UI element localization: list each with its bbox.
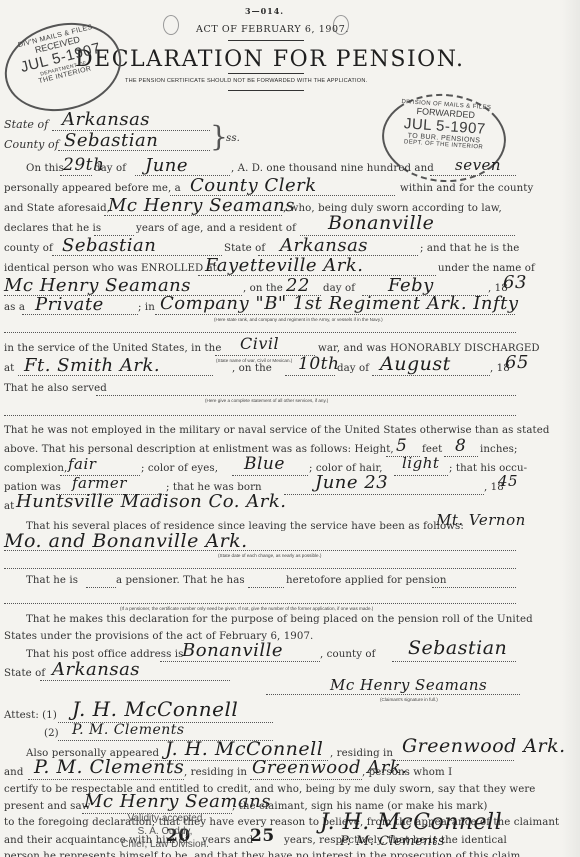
represents-text: person he represents himself to be, and … — [4, 851, 524, 857]
po-state-label: State of — [4, 668, 45, 679]
company-line-2 — [4, 332, 516, 333]
born-line — [284, 494, 484, 495]
rank-hint: (Here state rank, and company and regime… — [214, 317, 383, 322]
day-of-label: day of — [94, 163, 126, 174]
complexion-value: fair — [68, 455, 96, 473]
identical-label: ; and that he is the — [420, 243, 519, 254]
discharge-place-value: Ft. Smith Ark. — [24, 355, 160, 376]
years-age-label: years of age, and a resident of — [136, 223, 296, 234]
divider — [228, 40, 304, 41]
claimant-signature-line — [266, 694, 520, 695]
rank-value: Private — [35, 294, 104, 315]
validity-line-3: Chief, Law Division. — [105, 838, 225, 851]
complexion-label: complexion, — [4, 463, 67, 474]
pensioner-line-3 — [432, 587, 516, 588]
witness1-residence: Greenwood Ark. — [402, 735, 566, 757]
pensioner-label-3: heretofore applied for pension — [286, 575, 446, 586]
claimant-name-value: Mc Henry Seamans — [108, 195, 295, 216]
month-value: June — [145, 155, 188, 176]
eyes-value: Blue — [244, 454, 285, 474]
pensioner-label-1: That he is — [26, 575, 78, 586]
at-label: at — [4, 363, 14, 374]
discharge-month-value: August — [380, 353, 451, 375]
attest-1-value: J. H. McConnell — [72, 697, 238, 721]
act-heading: ACT OF FEBRUARY 6, 1907. — [196, 24, 349, 35]
purpose-text-1: That he makes this declaration for the p… — [26, 614, 533, 625]
ss-label: ss. — [226, 133, 240, 144]
res-county-value: Sebastian — [62, 235, 156, 256]
county-of-label: county of — [4, 243, 53, 254]
document-title: DECLARATION FOR PENSION. — [75, 47, 465, 72]
at-birth-label: at — [4, 501, 14, 512]
also-served-line-2 — [4, 415, 516, 416]
discharge-day-of-label: day of — [337, 363, 369, 374]
discharge-day-value: 10th — [298, 354, 339, 374]
pensioner-hint: (If a pensioner, the certificate number … — [120, 606, 373, 611]
enrolled-place-value: Fayetteville Ark. — [205, 255, 364, 276]
day-line — [60, 175, 92, 176]
pension-declaration-page: 3—014. ACT OF FEBRUARY 6, 1907. DECLARAT… — [0, 0, 580, 857]
pensioner-line-1 — [86, 587, 116, 588]
claimant-signature-hint: (Claimant's signature in full.) — [380, 697, 438, 702]
witness2-residence-line — [250, 779, 362, 780]
also-served-line — [96, 395, 516, 396]
state-of-label: State of — [224, 243, 265, 254]
height-feet-value: 5 — [396, 436, 407, 456]
witness1-residence-line — [394, 760, 514, 761]
attest-2-label: (2) — [44, 728, 59, 739]
claimant-signature: Mc Henry Seamans — [330, 676, 487, 694]
inches-label: inches; — [480, 444, 517, 455]
description-text: above. That his personal description at … — [4, 444, 394, 455]
declares-label: declares that he is — [4, 223, 101, 234]
residence-value: Bonanville — [328, 212, 434, 234]
hair-line — [394, 475, 448, 476]
attest-label: Attest: (1) — [4, 710, 57, 721]
years2-value: 25 — [250, 826, 275, 846]
discharge-month-line — [372, 375, 490, 376]
form-number: 3—014. — [245, 6, 284, 16]
discharge-on-the-label: , on the — [232, 363, 272, 374]
residences-hint: (State date of each change, as nearly as… — [218, 553, 321, 558]
witness2-signature: P. M. Clements — [340, 834, 445, 849]
on-this-label: On this — [26, 163, 64, 174]
validity-line-1: Validity accepted — [105, 812, 225, 825]
po-state-line — [40, 680, 230, 681]
received-stamp: DIV'N MAILS & FILES RECEIVED JUL 5-1907 … — [0, 11, 131, 123]
divider — [228, 90, 304, 91]
po-county-line — [392, 661, 516, 662]
divider — [228, 73, 304, 74]
residing-in-label-2: , residing in — [184, 767, 247, 778]
officer-value: County Clerk — [190, 175, 317, 196]
residences-line-2 — [4, 568, 516, 569]
height-inches-value: 8 — [455, 436, 466, 456]
state-label: State of — [4, 118, 48, 131]
eyes-label: ; color of eyes, — [141, 463, 218, 474]
pensioner-label-2: a pensioner. That he has — [116, 575, 245, 586]
witness2-line — [28, 779, 184, 780]
present-saw-label: present and saw — [4, 801, 91, 812]
po-state-value: Arkansas — [52, 659, 140, 680]
and-label: and — [4, 767, 23, 778]
residences-value-1: Mt. Vernon — [436, 511, 526, 529]
validity-line-2: S. A. Cuddy, — [105, 825, 225, 838]
hair-value: light — [402, 454, 439, 472]
also-served-hint: (Here give a complete statement of all o… — [205, 398, 328, 403]
discharge-day-line — [285, 375, 335, 376]
born-year-value: 45 — [498, 472, 518, 490]
certificate-notice: THE PENSION CERTIFICATE SHOULD NOT BE FO… — [125, 78, 367, 84]
post-office-value: Bonanville — [182, 640, 283, 661]
po-county-value: Sebastian — [408, 637, 507, 659]
appeared-label: personally appeared before me, a — [4, 183, 181, 194]
enrolled-label: identical person who was ENROLLED at — [4, 263, 217, 274]
attest-2-value: P. M. Clements — [72, 722, 185, 738]
post-office-line — [160, 661, 320, 662]
witness1-signature: J. H. McConnell — [320, 810, 502, 835]
height-inches-line — [444, 456, 478, 457]
validity-stamp: Validity accepted S. A. Cuddy, Chief, La… — [105, 812, 225, 851]
not-employed-text: That he was not employed in the military… — [4, 425, 549, 436]
pensioner-line-2 — [248, 587, 284, 588]
also-served-label: That he also served — [4, 383, 107, 394]
war-value: Civil — [240, 334, 279, 353]
occupation-value: farmer — [72, 474, 127, 492]
persons-whom-label: , persons whom I — [362, 767, 452, 778]
res-state-value: Arkansas — [280, 235, 368, 256]
eyes-line — [232, 475, 308, 476]
as-a-label: as a — [4, 302, 25, 313]
within-county-label: within and for the county — [400, 183, 533, 194]
state-aforesaid-label: and State aforesaid, — [4, 203, 110, 214]
in-label: ; in — [138, 302, 155, 313]
born-value: June 23 — [315, 472, 388, 493]
enroll-year-value: 63 — [503, 272, 527, 293]
year-value: seven — [455, 156, 501, 174]
residences-value-2: Mo. and Bonanville Ark. — [4, 530, 248, 552]
county-label: County of — [4, 138, 59, 151]
county-value: Sebastian — [64, 130, 158, 151]
scan-edge — [562, 0, 580, 857]
state-value: Arkansas — [62, 109, 150, 130]
company-line — [155, 314, 515, 315]
birthplace-value: Huntsville Madison Co. Ark. — [16, 491, 286, 512]
po-county-label: , county of — [320, 649, 376, 660]
ad-text: , A. D. one thousand nine hundred and — [231, 163, 434, 174]
pensioner-line-4 — [4, 603, 516, 604]
punch-hole — [163, 15, 179, 35]
year-line — [430, 175, 516, 176]
service-label: in the service of the United States, in … — [4, 343, 221, 354]
witness2-name: P. M. Clements — [34, 756, 184, 778]
discharge-year-value: 65 — [505, 352, 529, 373]
company-value: Company "B" 1st Regiment Ark. Infty — [160, 293, 519, 314]
